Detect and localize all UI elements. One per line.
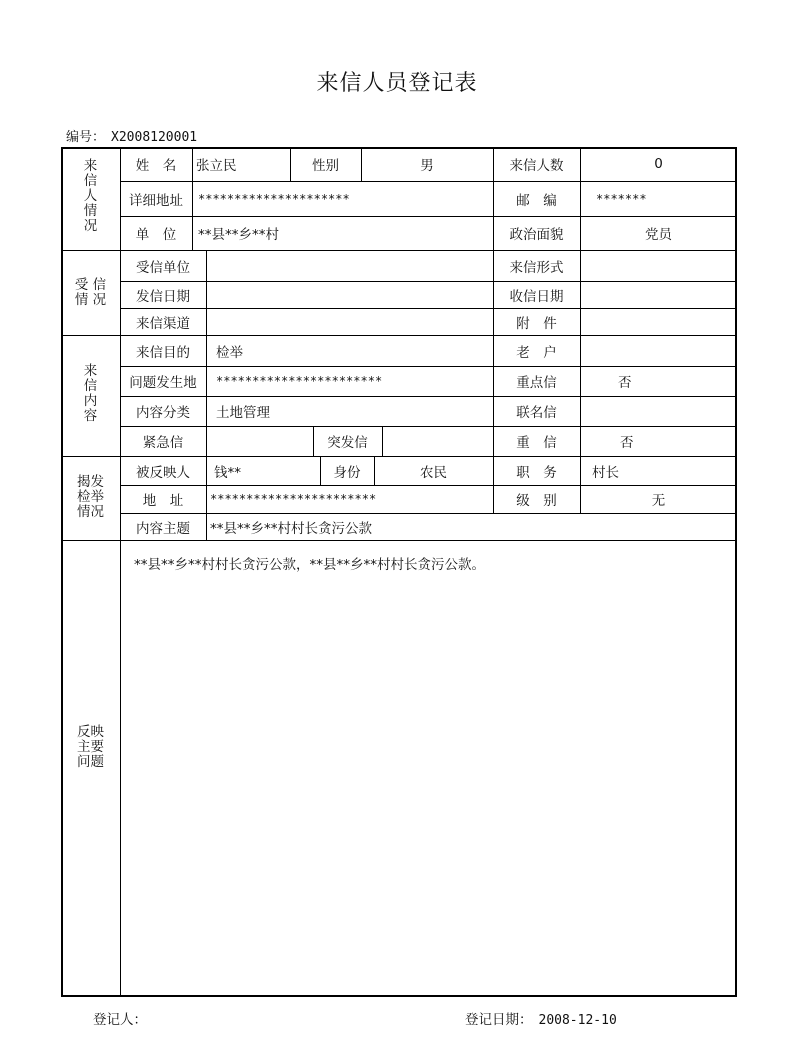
label-gender: 性别 — [290, 147, 361, 181]
field-joint-letter[interactable] — [580, 396, 737, 426]
serial-label: 编号： — [66, 130, 105, 145]
field-postcode[interactable]: ******* — [580, 181, 737, 216]
registrar: 登记人： — [93, 1008, 147, 1028]
label-sudden: 突发信 — [313, 426, 382, 456]
label-old-case: 老 户 — [493, 335, 580, 366]
registration-date: 登记日期：2008-12-10 — [465, 1008, 617, 1028]
field-identity[interactable]: 农民 — [374, 456, 493, 485]
field-sudden[interactable] — [382, 426, 493, 456]
label-address: 详细地址 — [120, 181, 192, 216]
label-identity: 身份 — [320, 456, 374, 485]
page-title: 来信人员登记表 — [0, 66, 794, 97]
field-position[interactable]: 村长 — [580, 456, 737, 485]
registrar-label: 登记人： — [93, 1012, 147, 1028]
field-purpose[interactable]: 检举 — [206, 335, 493, 366]
label-urgent: 紧急信 — [120, 426, 206, 456]
label-political: 政治面貌 — [493, 216, 580, 250]
label-key-letter: 重点信 — [493, 366, 580, 396]
label-category: 内容分类 — [120, 396, 206, 426]
date-label: 登记日期： — [465, 1012, 533, 1028]
label-repeat: 重 信 — [493, 426, 580, 456]
label-recv-unit: 受信单位 — [120, 250, 206, 281]
field-political[interactable]: 党员 — [580, 216, 737, 250]
field-gender[interactable]: 男 — [361, 147, 493, 181]
field-old-case[interactable] — [580, 335, 737, 366]
field-accused-name[interactable]: 钱** — [206, 456, 320, 485]
label-recv-date: 收信日期 — [493, 281, 580, 308]
field-address[interactable]: ********************* — [192, 181, 493, 216]
problem-description[interactable]: **县**乡**村村长贪污公款，**县**乡**村村长贪污公款。 — [134, 553, 485, 573]
field-level[interactable]: 无 — [580, 485, 737, 513]
field-location[interactable]: *********************** — [206, 366, 493, 396]
section-label-sender: 来信人情况 — [61, 159, 120, 234]
label-position: 职 务 — [493, 456, 580, 485]
label-unit: 单 位 — [120, 216, 192, 250]
field-recv-unit[interactable] — [206, 250, 493, 281]
field-category[interactable]: 土地管理 — [206, 396, 493, 426]
serial-number: 编号：X2008120001 — [66, 126, 197, 145]
field-sender-count[interactable]: 0 — [580, 147, 737, 181]
label-sender-count: 来信人数 — [493, 147, 580, 181]
field-attachment[interactable] — [580, 308, 737, 335]
date-value[interactable]: 2008-12-10 — [539, 1013, 617, 1028]
field-channel[interactable] — [206, 308, 493, 335]
label-accused-address: 地 址 — [120, 485, 206, 513]
field-urgent[interactable] — [206, 426, 313, 456]
label-postcode: 邮 编 — [493, 181, 580, 216]
label-location: 问题发生地 — [120, 366, 206, 396]
label-send-date: 发信日期 — [120, 281, 206, 308]
label-name: 姓 名 — [120, 147, 192, 181]
field-key-letter[interactable]: 否 — [580, 366, 737, 396]
section-label-content: 来信内容 — [61, 364, 120, 424]
label-letter-form: 来信形式 — [493, 250, 580, 281]
field-name[interactable]: 张立民 — [192, 147, 290, 181]
field-repeat[interactable]: 否 — [580, 426, 737, 456]
label-joint-letter: 联名信 — [493, 396, 580, 426]
field-recv-date[interactable] — [580, 281, 737, 308]
label-attachment: 附 件 — [493, 308, 580, 335]
label-level: 级 别 — [493, 485, 580, 513]
label-subject: 内容主题 — [120, 513, 206, 540]
section-label-accused: 揭发检举情况 — [61, 475, 120, 520]
field-accused-address[interactable]: *********************** — [206, 485, 493, 513]
label-accused-name: 被反映人 — [120, 456, 206, 485]
label-channel: 来信渠道 — [120, 308, 206, 335]
field-unit[interactable]: **县**乡**村 — [192, 216, 493, 250]
field-subject[interactable]: **县**乡**村村长贪污公款 — [206, 513, 737, 540]
label-purpose: 来信目的 — [120, 335, 206, 366]
field-letter-form[interactable] — [580, 250, 737, 281]
serial-value: X2008120001 — [111, 130, 197, 145]
field-send-date[interactable] — [206, 281, 493, 308]
section-label-receipt: 受 信情 况 — [61, 278, 120, 308]
section-label-problem: 反映主要问题 — [61, 725, 120, 770]
